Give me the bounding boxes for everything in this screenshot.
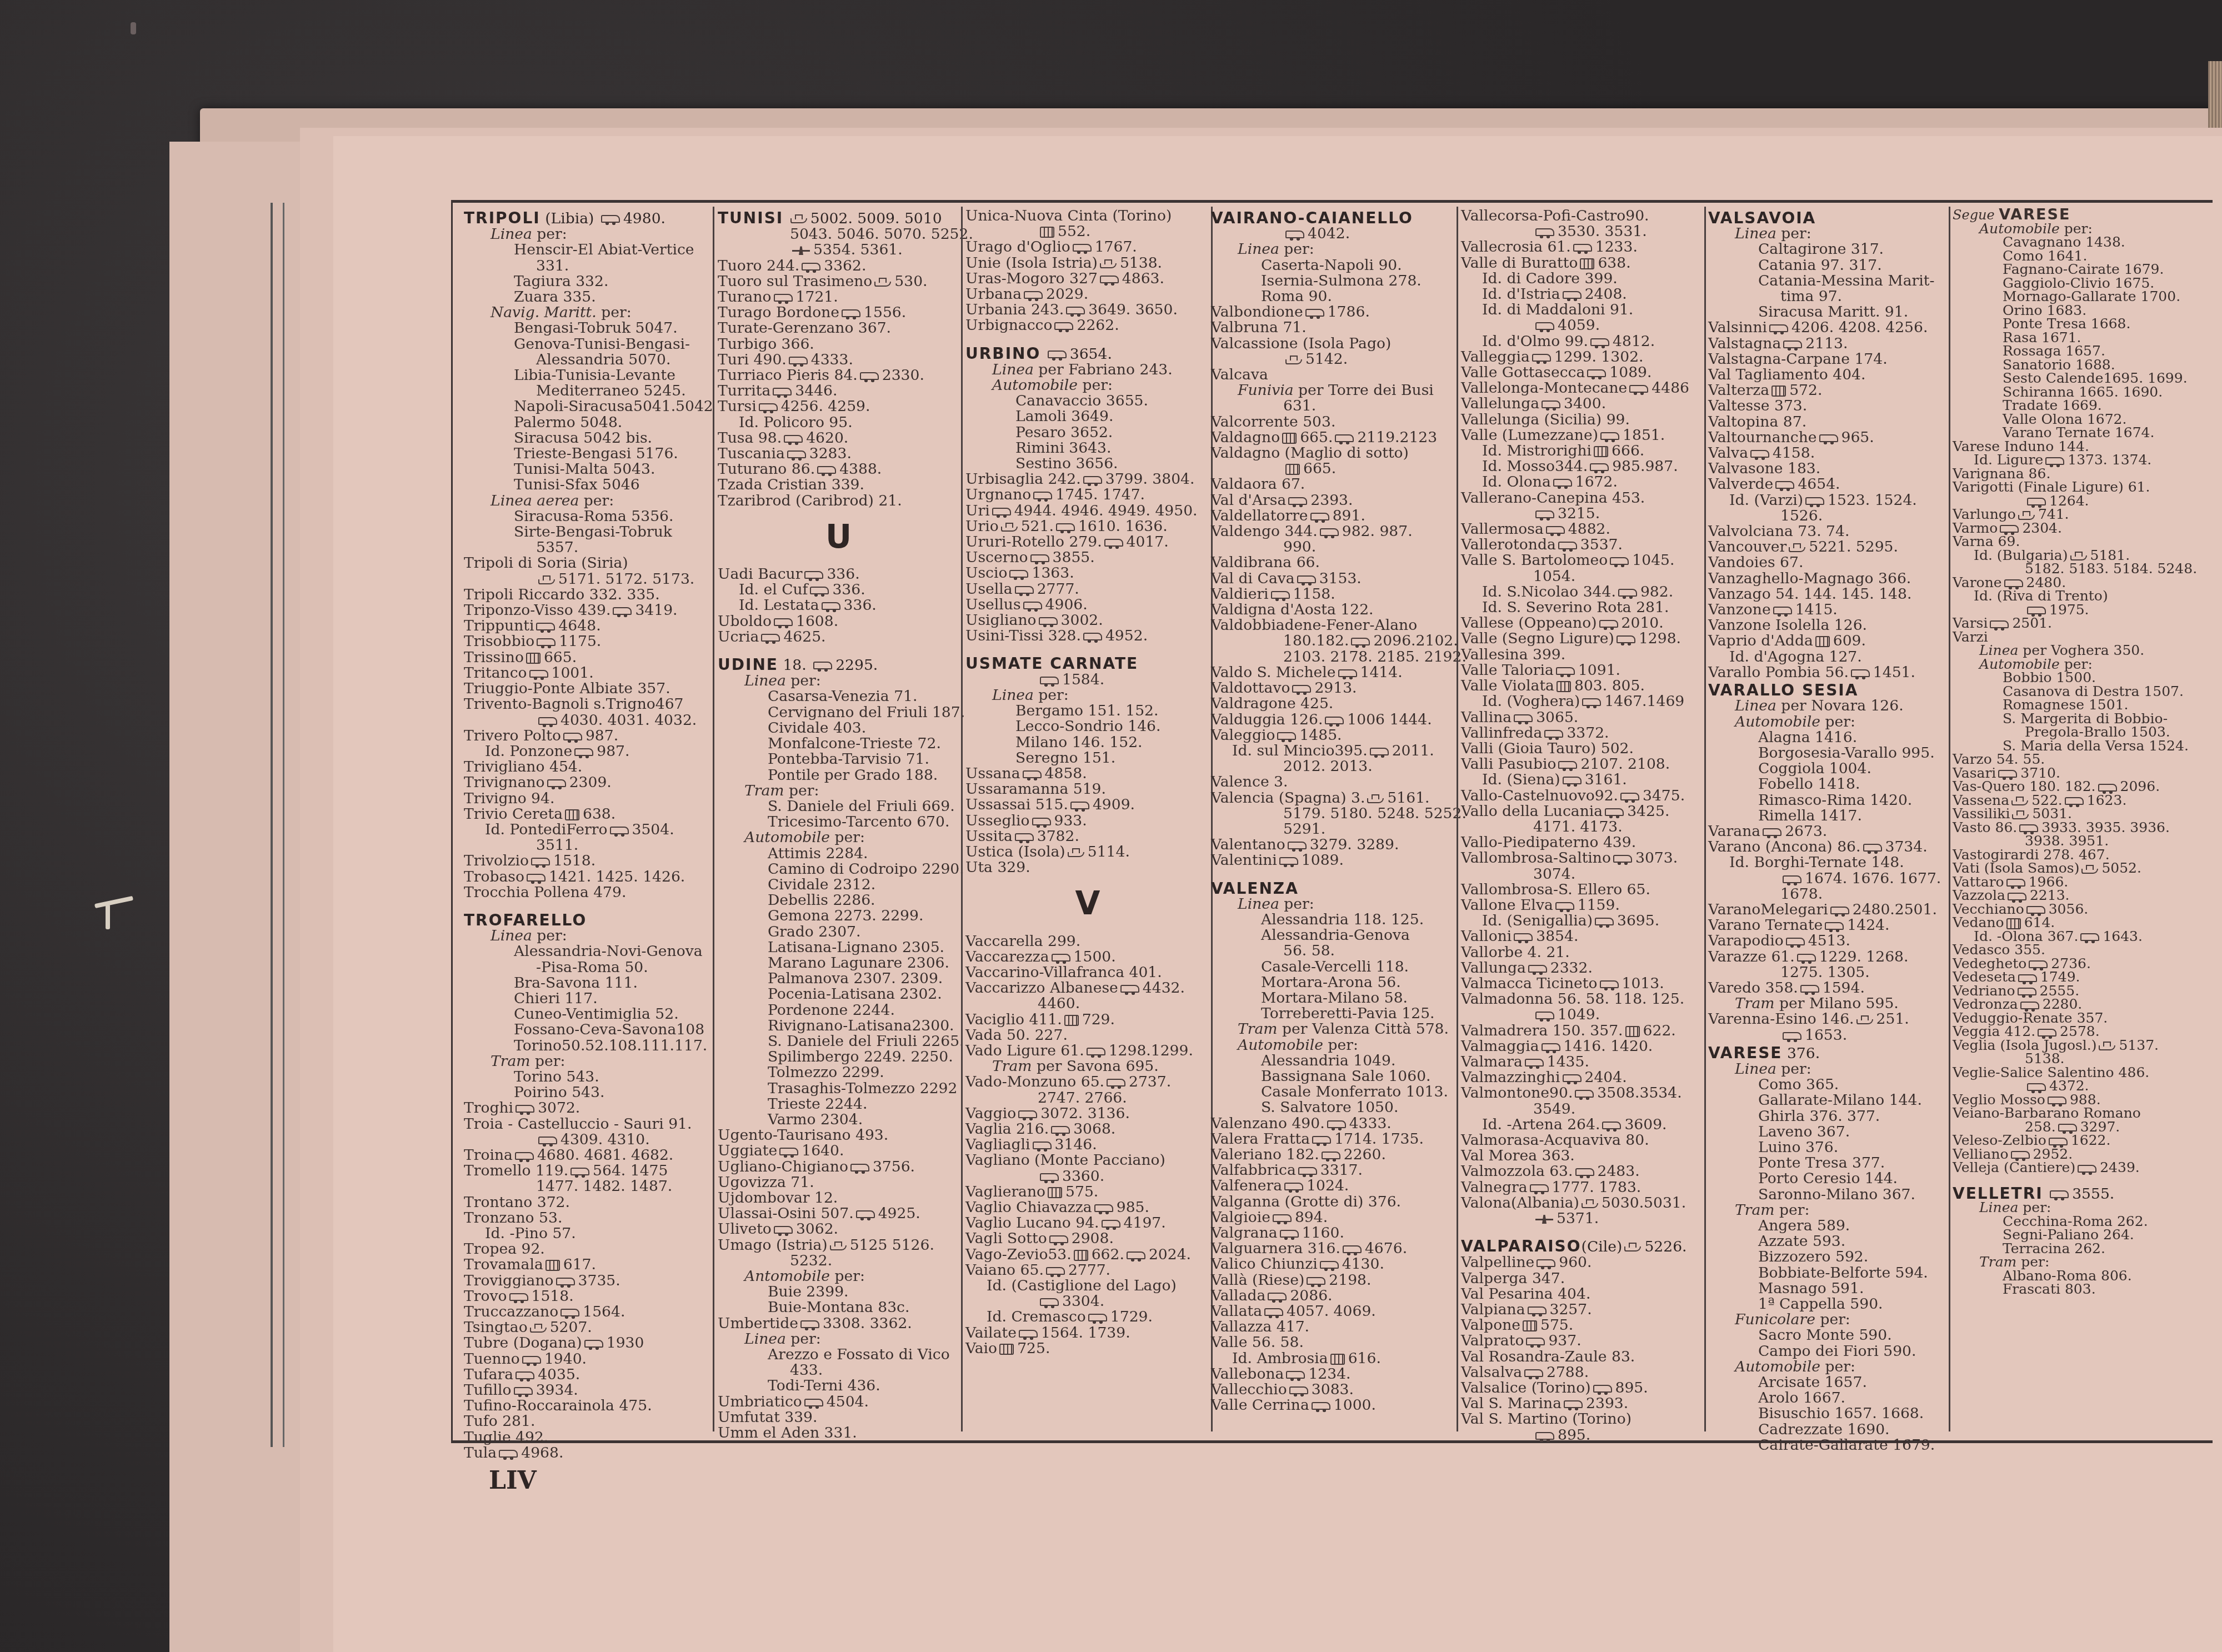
entry-text: Unica-Nuova Cinta (Torino) bbox=[965, 207, 1172, 224]
automobile-service-icon bbox=[1298, 1167, 1317, 1175]
entry-text: Varenna-Esino 146. bbox=[1708, 1010, 1854, 1028]
table-numbers: 3695. bbox=[1617, 912, 1659, 929]
table-numbers: 3654. bbox=[1070, 346, 1112, 363]
service-subheading: Navig. Maritt. per: bbox=[464, 305, 708, 321]
entry-text: Umbriatico bbox=[718, 1393, 802, 1410]
table-numbers: 622. bbox=[1643, 1022, 1676, 1039]
entry-text: Cervignano del Friuli 187. bbox=[768, 704, 965, 721]
entry-text: Torino 543. bbox=[514, 1068, 599, 1085]
place-entry: Varsi2501. bbox=[1953, 617, 2205, 630]
place-entry: Val di Cava3153. bbox=[1211, 571, 1455, 587]
automobile-service-icon bbox=[1528, 965, 1547, 973]
entry-text: Bra-Savona 111. bbox=[514, 974, 638, 992]
automobile-service-icon bbox=[1039, 617, 1058, 625]
entry-text: Vaglio Chiavazza bbox=[965, 1199, 1092, 1216]
entry-text: Val di Cava bbox=[1211, 570, 1295, 587]
entry-text: Valpiana bbox=[1461, 1301, 1525, 1318]
automobile-service-icon bbox=[2020, 1002, 2039, 1009]
entry-text: Id. Mistrorighi bbox=[1482, 442, 1592, 459]
table-numbers: 725. bbox=[1017, 1340, 1050, 1357]
ship-icon bbox=[530, 1324, 547, 1333]
entry-text: Campo dei Fiori 590. bbox=[1758, 1343, 1916, 1360]
entry-text: Valle (Lumezzane) bbox=[1461, 427, 1598, 444]
entry-text: Uadi Bacur bbox=[718, 565, 802, 583]
entry-text: VaranoMelegari bbox=[1708, 901, 1828, 918]
automobile-service-icon bbox=[1033, 1142, 1052, 1149]
service-destination: per: bbox=[532, 226, 567, 243]
previous-page-rule bbox=[271, 203, 284, 1447]
table-numbers: 1485. bbox=[1299, 727, 1342, 744]
service-subheading: Linea per: bbox=[1708, 226, 1947, 242]
continuation-line: 3511. bbox=[464, 838, 708, 853]
table-numbers: 3153. bbox=[1319, 570, 1362, 587]
table-numbers: 4980. bbox=[623, 210, 665, 227]
automobile-service-icon bbox=[1851, 669, 1870, 677]
table-numbers: 251. bbox=[1876, 1010, 1909, 1028]
table-numbers: 2908. bbox=[1072, 1230, 1114, 1247]
service-destination: per: bbox=[531, 1053, 565, 1070]
entry-text: 1477. 1482. 1487. bbox=[536, 1178, 672, 1195]
route-item: Trieste-Bengasi 5176. bbox=[464, 446, 708, 462]
entry-text: Trocchia Pollena 479. bbox=[464, 884, 626, 901]
table-numbers: 4968. bbox=[521, 1444, 563, 1461]
entry-text: Vallazza 417. bbox=[1211, 1318, 1309, 1335]
entry-text: Ustica (Isola) bbox=[965, 843, 1065, 860]
route-item: Trasaghis-Tolmezzo 2292 bbox=[718, 1081, 959, 1097]
entry-text: Id. d'Agogna 127. bbox=[1729, 648, 1862, 665]
entry-text: Mediterraneo 5245. bbox=[536, 382, 686, 399]
place-entry: Val Pesarina 404. bbox=[1461, 1286, 1705, 1302]
service-type: Funivia bbox=[1238, 382, 1294, 399]
entry-text: Vada 50. 227. bbox=[965, 1027, 1068, 1044]
table-numbers: 1175. bbox=[559, 633, 601, 650]
route-item: Pocenia-Latisana 2302. bbox=[718, 987, 959, 1002]
table-numbers: 4625. bbox=[783, 628, 825, 645]
entry-text: Varazze 61. bbox=[1708, 948, 1795, 965]
entry-text: Val d'Arsa bbox=[1211, 492, 1286, 509]
automobile-service-icon bbox=[2026, 906, 2045, 914]
service-subheading: Tram per: bbox=[464, 1054, 708, 1069]
table-numbers: 1013. bbox=[1622, 975, 1664, 992]
entry-text: Id. Borghi-Ternate 148. bbox=[1729, 854, 1904, 871]
heading-name: TROFARELLO bbox=[464, 911, 587, 929]
table-numbers: 1640. bbox=[802, 1142, 844, 1159]
entry-text: Todi-Terni 436. bbox=[768, 1377, 880, 1394]
table-numbers: 3555. bbox=[2072, 1185, 2114, 1203]
entry-text: Tula bbox=[464, 1444, 497, 1461]
table-numbers: 575. bbox=[1540, 1316, 1573, 1334]
table-numbers: 2483. bbox=[1598, 1163, 1640, 1180]
entry-text: Valpelline bbox=[1461, 1254, 1534, 1271]
service-subheading: Linea per: bbox=[464, 928, 708, 944]
ship-icon bbox=[790, 214, 807, 223]
entry-text: Caserta-Napoli 90. bbox=[1261, 257, 1402, 274]
entry-text: Como 365. bbox=[1758, 1076, 1839, 1093]
table-numbers: 2439. bbox=[2100, 1159, 2140, 1175]
table-numbers: 1299. 1302. bbox=[1554, 348, 1644, 366]
entry-text: Valmaggia bbox=[1461, 1038, 1539, 1055]
entry-text: Vagliano (Monte Pacciano) bbox=[965, 1152, 1165, 1169]
route-item: Rimasco-Rima 1420. bbox=[1708, 793, 1947, 808]
table-numbers: 4057. 4069. bbox=[1287, 1303, 1376, 1320]
place-entry: Usseglio933. bbox=[965, 813, 1210, 829]
entry-text: Tripoli Riccardo 332. 335. bbox=[464, 586, 660, 603]
entry-text: 331. bbox=[536, 257, 569, 274]
automobile-service-icon bbox=[574, 748, 593, 756]
automobile-service-icon bbox=[1271, 591, 1290, 599]
automobile-service-icon bbox=[1530, 1184, 1549, 1192]
idem-entry: Id. Ambrosia616. bbox=[1211, 1351, 1455, 1366]
entry-text: Unie (Isola Istria) bbox=[965, 254, 1098, 272]
service-destination: per Savona 695. bbox=[1032, 1058, 1159, 1075]
entry-text: Vallata bbox=[1211, 1303, 1262, 1320]
table-numbers: 1424. bbox=[1847, 917, 1889, 934]
city-heading: TUNISI 5002. 5009. 5010 bbox=[718, 211, 959, 227]
automobile-service-icon bbox=[1018, 1110, 1037, 1118]
continuation-line: 433. bbox=[718, 1363, 959, 1378]
automobile-service-icon bbox=[2080, 933, 2099, 941]
entry-text: Valtesse 373. bbox=[1708, 397, 1807, 414]
table-numbers: 3360. bbox=[1062, 1168, 1104, 1185]
heading-name: VAIRANO-CAIANELLO bbox=[1211, 209, 1413, 227]
entry-text: Id. S. Severino Rota 281. bbox=[1482, 599, 1669, 616]
route-item: S. Daniele del Friuli 2265. bbox=[718, 1034, 959, 1049]
automobile-service-icon bbox=[1127, 1251, 1145, 1259]
ship-icon bbox=[2081, 865, 2098, 874]
automobile-service-icon bbox=[1023, 770, 1042, 778]
place-entry: Tronzano 53. bbox=[464, 1210, 708, 1226]
place-entry: Tufara4035. bbox=[464, 1367, 708, 1383]
table-numbers: 1416. 1420. bbox=[1564, 1038, 1653, 1055]
continuation-line: 2103. 2178. 2185. 2192. bbox=[1211, 649, 1455, 665]
continuation-line: Alessandria 5070. bbox=[464, 352, 708, 368]
table-numbers: 638. bbox=[583, 805, 615, 823]
tram-icon bbox=[1074, 1250, 1088, 1261]
table-numbers: 2480.2501. bbox=[1853, 901, 1937, 918]
entry-text: Pesaro 3652. bbox=[1015, 424, 1113, 441]
table-numbers: 4952. bbox=[1105, 627, 1148, 644]
automobile-service-icon bbox=[1320, 528, 1339, 536]
place-entry: Vagliagli3146. bbox=[965, 1137, 1210, 1153]
service-subheading: Linea per: bbox=[464, 227, 708, 242]
entry-text: Turrita bbox=[718, 382, 770, 399]
automobile-service-icon bbox=[2038, 1029, 2056, 1037]
automobile-service-icon bbox=[860, 372, 879, 380]
entry-text: Seregno 151. bbox=[1015, 749, 1115, 767]
entry-text: Ghirla 376. 377. bbox=[1758, 1108, 1880, 1125]
entry-text: 1678. bbox=[1780, 885, 1823, 903]
route-item: Varmo 2304. bbox=[718, 1112, 959, 1128]
entry-text: Angera 589. bbox=[1758, 1217, 1850, 1234]
place-entry: Valdobbiadene-Fener-Alano bbox=[1211, 618, 1455, 633]
automobile-service-icon bbox=[2000, 525, 2019, 533]
entry-text: Valstagna-Carpane 174. bbox=[1708, 351, 1888, 368]
entry-text: Vaglierano bbox=[965, 1183, 1045, 1200]
automobile-service-icon bbox=[1264, 1308, 1283, 1316]
table-numbers: 2096.2102. bbox=[1373, 632, 1458, 649]
place-entry: Valmaggia1416. 1420. bbox=[1461, 1039, 1705, 1054]
entry-text: Tronzano 53. bbox=[464, 1209, 562, 1227]
place-entry: Vanzago 54. 144. 145. 148. bbox=[1708, 587, 1947, 602]
automobile-service-icon bbox=[1528, 1306, 1547, 1314]
entry-text: Camino di Codroipo 2290. bbox=[768, 860, 964, 878]
entry-text: Vado Ligure 61. bbox=[965, 1042, 1084, 1059]
automobile-service-icon bbox=[1797, 954, 1816, 962]
service-destination: per: bbox=[1775, 1202, 1810, 1219]
table-numbers: 4042. bbox=[1308, 225, 1350, 242]
place-entry: Vallo della Lucania3425. bbox=[1461, 804, 1705, 819]
table-numbers: 5125 5126. bbox=[850, 1237, 934, 1254]
table-numbers: 3504. bbox=[632, 821, 674, 838]
table-numbers: 4925. bbox=[878, 1205, 920, 1222]
automobile-service-icon bbox=[1532, 354, 1551, 362]
entry-text: Uscio bbox=[965, 564, 1007, 582]
route-item: Alessandria 118. 125. bbox=[1211, 912, 1455, 928]
heading-name: VARALLO SESIA bbox=[1708, 681, 1858, 699]
entry-text: Cairate-Gallarate 1679. bbox=[1758, 1436, 1935, 1454]
entry-text: Id. (Varzi) bbox=[1729, 492, 1803, 509]
city-heading: VAIRANO-CAIANELLO bbox=[1211, 211, 1455, 226]
place-entry: Varenna-Esino 146.251. bbox=[1708, 1012, 1947, 1027]
ship-icon bbox=[1285, 356, 1302, 364]
entry-text: S. Daniele del Friuli 2265. bbox=[768, 1033, 964, 1050]
route-item: Sirte-Bengasi-Tobruk bbox=[464, 524, 708, 540]
entry-text: Canavaccio 3655. bbox=[1015, 392, 1148, 409]
table-numbers: 1421. 1425. 1426. bbox=[549, 868, 685, 885]
heading-name: VARESE bbox=[1708, 1044, 1782, 1062]
service-subheading: Automobile per: bbox=[965, 378, 1210, 393]
place-entry: Valpone575. bbox=[1461, 1318, 1705, 1333]
entry-text: Valdellatorre bbox=[1211, 507, 1308, 524]
place-entry: Vago-Zevio53.662.2024. bbox=[965, 1247, 1210, 1263]
entry-text: Vallombrosa-S. Ellero 65. bbox=[1461, 881, 1650, 898]
entry-text: Alessandria 1049. bbox=[1261, 1052, 1395, 1069]
place-entry: Valera Fratta1714. 1735. bbox=[1211, 1132, 1455, 1147]
place-entry: Valgrana1160. bbox=[1211, 1225, 1455, 1241]
automobile-service-icon bbox=[1327, 1120, 1346, 1128]
entry-text: Usseglio bbox=[965, 812, 1030, 829]
entry-text: Trivero Polto bbox=[464, 727, 561, 744]
automobile-service-icon bbox=[610, 827, 629, 834]
automobile-service-icon bbox=[1288, 497, 1307, 505]
entry-text: Valganna (Grotte di) 376. bbox=[1211, 1193, 1401, 1210]
table-numbers: 1089. bbox=[1302, 852, 1344, 869]
entry-text: Valli Pasubio bbox=[1461, 755, 1556, 773]
table-numbers: 1001. bbox=[552, 664, 594, 682]
place-entry: Uscerno3855. bbox=[965, 550, 1210, 565]
automobile-service-icon bbox=[1083, 476, 1102, 484]
route-item: Trieste 2244. bbox=[718, 1097, 959, 1112]
entry-text: Siracusa 5042 bis. bbox=[514, 429, 652, 447]
entry-text: Vanzone Isolella 126. bbox=[1708, 617, 1867, 634]
entry-text: Ugento-Taurisano 493. bbox=[718, 1127, 888, 1144]
route-item: Siracusa 5042 bis. bbox=[464, 430, 708, 446]
tram-icon bbox=[2006, 918, 2021, 929]
continuation-line: 1678. bbox=[1708, 887, 1947, 902]
ship-icon bbox=[1856, 1015, 1873, 1024]
entry-text: Frascati 803. bbox=[2003, 1281, 2096, 1297]
route-item: Tolmezzo 2299. bbox=[718, 1065, 959, 1080]
route-item: Casarsa-Venezia 71. bbox=[718, 689, 959, 704]
place-entry: Tripoli di Soria (Siria) bbox=[464, 555, 708, 571]
automobile-service-icon bbox=[2049, 1138, 2068, 1145]
automobile-service-icon bbox=[2011, 1151, 2030, 1159]
entry-text: Pontebba-Tarvisio 71. bbox=[768, 750, 929, 768]
route-item: Pontile per Grado 188. bbox=[718, 768, 959, 783]
automobile-service-icon bbox=[1763, 828, 1781, 836]
route-item: Cuneo-Ventimiglia 52. bbox=[464, 1007, 708, 1022]
automobile-service-icon bbox=[1587, 369, 1606, 377]
place-entry: Troina4680. 4681. 4682. bbox=[464, 1148, 708, 1163]
continuation-line: 5043. 5046. 5070. 5252. bbox=[718, 227, 959, 242]
section-letter: U bbox=[718, 509, 959, 567]
table-numbers: 1234. bbox=[1308, 1365, 1350, 1383]
table-numbers: 3372. bbox=[1567, 724, 1609, 742]
entry-text: Saronno-Milano 367. bbox=[1758, 1186, 1915, 1203]
entry-text: 4171. 4173. bbox=[1533, 818, 1623, 835]
place-entry: Vaiano 65.2777. bbox=[965, 1263, 1210, 1278]
place-entry: Vanzone1415. bbox=[1708, 602, 1947, 618]
place-entry: Ugliano-Chigiano3756. bbox=[718, 1159, 959, 1175]
continuation-line: 1653. bbox=[1708, 1028, 1947, 1043]
automobile-service-icon bbox=[1032, 818, 1051, 825]
table-numbers: 3400. bbox=[1564, 395, 1606, 412]
table-numbers: 1610. 1636. bbox=[1078, 518, 1168, 535]
place-entry: Triponzo-Visso 439.3419. bbox=[464, 603, 708, 618]
entry-text: Valeggio bbox=[1211, 727, 1275, 744]
tram-icon bbox=[546, 1260, 560, 1271]
entry-text: Ugovizza 71. bbox=[718, 1174, 814, 1191]
entry-text: Trippunti bbox=[464, 617, 534, 634]
automobile-service-icon bbox=[1602, 1122, 1621, 1129]
route-item: Luino 376. bbox=[1708, 1140, 1947, 1155]
entry-text: S. Daniele del Friuli 669. bbox=[768, 798, 955, 815]
service-subheading: Funivia per Torre dei Busi bbox=[1211, 383, 1455, 398]
service-destination: per: bbox=[1820, 713, 1855, 730]
entry-text: Rimini 3643. bbox=[1015, 439, 1111, 457]
table-numbers: 4158. bbox=[1773, 444, 1815, 462]
automobile-service-icon bbox=[1107, 1079, 1125, 1087]
continuation-line: 3360. bbox=[965, 1169, 1210, 1184]
place-entry: Val S. Martino (Torino) bbox=[1461, 1411, 1705, 1427]
entry-text: Valloni bbox=[1461, 928, 1512, 945]
entry-text: Id. -Pino 57. bbox=[485, 1225, 576, 1242]
automobile-service-icon bbox=[527, 874, 546, 882]
automobile-service-icon bbox=[1284, 1183, 1303, 1190]
automobile-service-icon bbox=[514, 1387, 533, 1395]
entry-text: Triuggio-Ponte Albiate 357. bbox=[464, 680, 670, 697]
entry-text: Valva bbox=[1708, 444, 1748, 462]
route-item: Milano 146. 152. bbox=[965, 735, 1210, 750]
automobile-service-icon bbox=[1553, 479, 1572, 487]
automobile-service-icon bbox=[1040, 1173, 1059, 1181]
automobile-service-icon bbox=[1056, 523, 1075, 531]
entry-text: Gemona 2273. 2299. bbox=[768, 907, 923, 924]
place-entry: Vaccarizzo Albanese4432. bbox=[965, 980, 1210, 996]
entry-text: Velleja (Cantiere) bbox=[1953, 1159, 2075, 1175]
continuation-line: 5357. bbox=[464, 540, 708, 555]
airplane-icon bbox=[1535, 1215, 1553, 1224]
ship-icon bbox=[874, 278, 891, 287]
automobile-service-icon bbox=[1535, 510, 1554, 518]
entry-text: Varmo 2304. bbox=[768, 1111, 863, 1128]
automobile-service-icon bbox=[2065, 797, 2084, 805]
service-type: Linea bbox=[744, 1330, 786, 1348]
table-numbers: 1298.1299. bbox=[1109, 1042, 1193, 1059]
entry-text: Urbana bbox=[965, 286, 1022, 303]
entry-text: Caltagirone 317. bbox=[1758, 241, 1884, 258]
entry-text: Mortara-Milano 58. bbox=[1261, 989, 1408, 1007]
place-entry: Umbriatico4504. bbox=[718, 1394, 959, 1410]
table-numbers: 4906. bbox=[1045, 596, 1088, 613]
place-entry: Uliveto3062. bbox=[718, 1222, 959, 1237]
place-entry: Valdottavo2913. bbox=[1211, 680, 1455, 696]
table-numbers: 4333. bbox=[811, 351, 853, 368]
automobile-service-icon bbox=[1312, 1136, 1331, 1144]
place-entry: Valdengo 344.982. 987. bbox=[1211, 524, 1455, 539]
automobile-service-icon bbox=[1783, 875, 1801, 883]
entry-text: Chieri 117. bbox=[514, 990, 598, 1007]
automobile-service-icon bbox=[1051, 1126, 1070, 1134]
route-item: Torreberetti-Pavia 125. bbox=[1211, 1006, 1455, 1022]
place-entry: Valmacca Ticineto1013. bbox=[1461, 976, 1705, 992]
route-item: Casale-Vercelli 118. bbox=[1211, 959, 1455, 975]
table-numbers: 1415. bbox=[1795, 601, 1838, 618]
entry-text: Valverde bbox=[1708, 475, 1773, 493]
automobile-service-icon bbox=[1535, 322, 1554, 330]
entry-text: 3549. bbox=[1533, 1100, 1575, 1118]
automobile-service-icon bbox=[537, 638, 555, 646]
background-mark bbox=[131, 22, 136, 34]
heading-detail: (Cile) bbox=[1582, 1238, 1623, 1255]
place-entry: Trivignano2309. bbox=[464, 775, 708, 790]
table-numbers: 1523. 1524. bbox=[1828, 492, 1917, 509]
entry-text: Valcava bbox=[1211, 366, 1268, 383]
service-type: Linea bbox=[1735, 1060, 1776, 1078]
entry-text: Id. di Maddaloni 91. bbox=[1482, 301, 1633, 318]
entry-text: Tursi bbox=[718, 398, 757, 415]
route-item: Cividale 403. bbox=[718, 720, 959, 736]
entry-text: Vallombrosa-Saltino bbox=[1461, 849, 1611, 867]
route-item: Todi-Terni 436. bbox=[718, 1378, 959, 1394]
idem-entry: Id. d'Olmo 99.4812. bbox=[1461, 334, 1705, 349]
table-numbers: 1233. bbox=[1595, 238, 1638, 256]
route-item: Tagiura 332. bbox=[464, 274, 708, 289]
automobile-service-icon bbox=[1325, 717, 1344, 724]
service-destination: per Milano 595. bbox=[1775, 995, 1899, 1012]
route-item: Cividale 2312. bbox=[718, 877, 959, 893]
place-entry: Urbania 243.3649. 3650. bbox=[965, 302, 1210, 318]
entry-text: 2012. 2013. bbox=[1283, 758, 1373, 775]
route-item: 1ª Cappella 590. bbox=[1708, 1296, 1947, 1312]
automobile-service-icon bbox=[810, 587, 829, 594]
table-numbers: 4017. bbox=[1127, 533, 1169, 550]
automobile-service-icon bbox=[1320, 1261, 1339, 1269]
place-entry: Vallo-Castelnuovo92.3475. bbox=[1461, 788, 1705, 804]
table-numbers: 2501. bbox=[2012, 615, 2052, 631]
service-destination: per Fabriano 243. bbox=[1034, 361, 1173, 378]
table-numbers: 1414. bbox=[1360, 664, 1403, 681]
entry-text: Masnago 591. bbox=[1758, 1280, 1864, 1297]
city-heading: VALENZA bbox=[1211, 881, 1455, 897]
entry-text: Umm el Aden 331. bbox=[718, 1424, 857, 1441]
route-item: Camino di Codroipo 2290. bbox=[718, 862, 959, 877]
table-numbers: 895. bbox=[1558, 1426, 1590, 1444]
entry-text: Id. di Cadore 399. bbox=[1482, 270, 1618, 287]
service-type: Antomobile bbox=[744, 1268, 830, 1285]
entry-text: Valterza bbox=[1708, 382, 1769, 399]
automobile-service-icon bbox=[1555, 902, 1574, 910]
